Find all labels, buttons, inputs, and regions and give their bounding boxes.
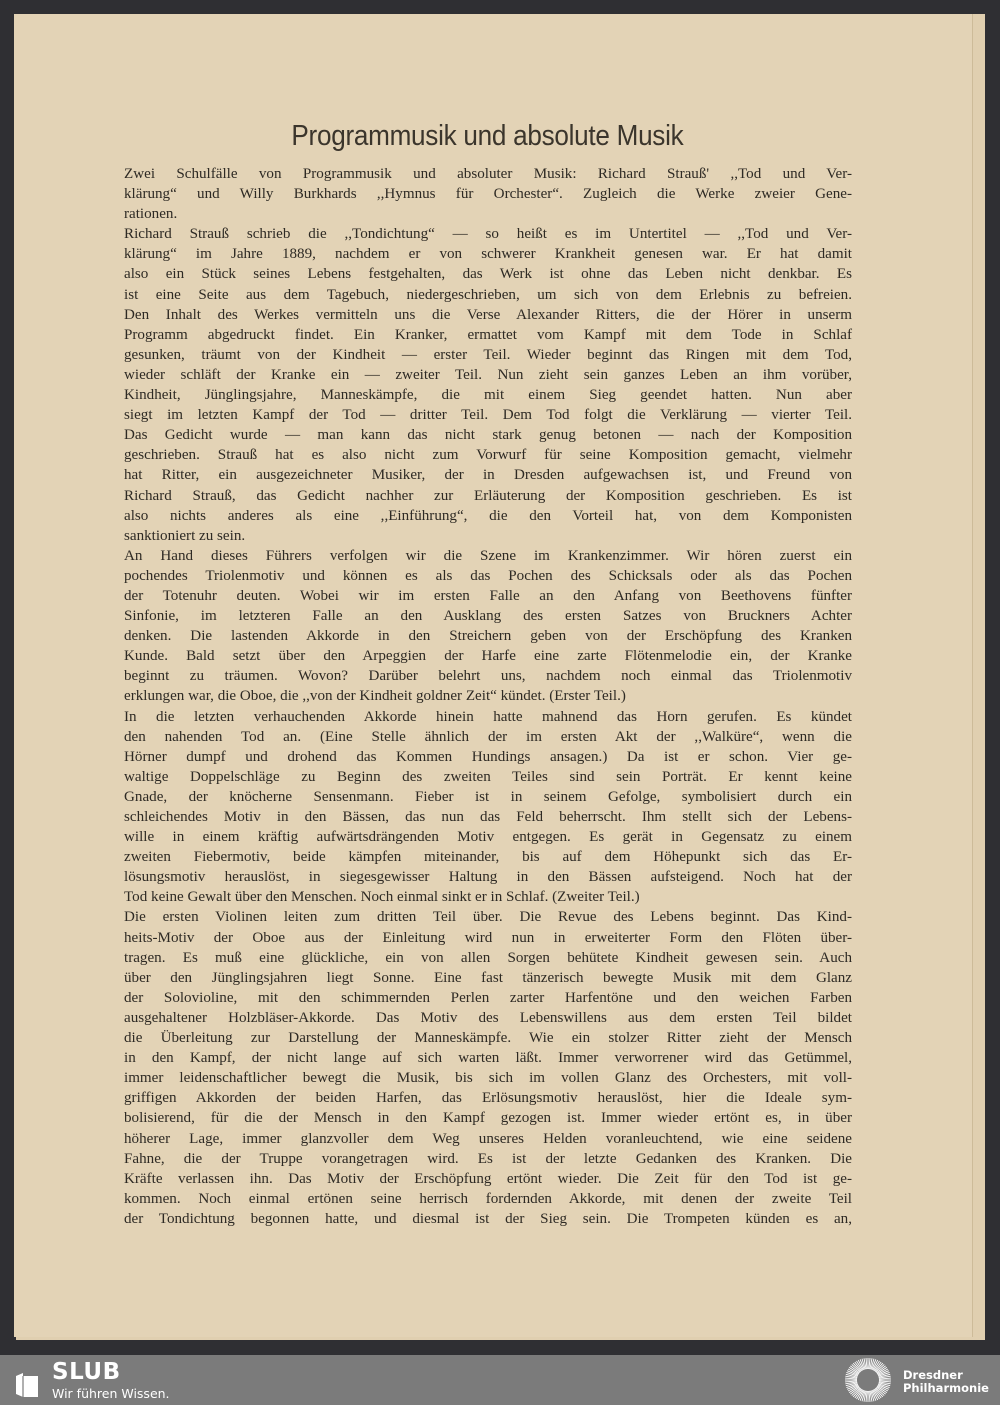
text-line: Tod keine Gewalt über den Menschen. Noch… xyxy=(124,887,852,907)
text-line: Gnade, der knöcherne Sensenmann. Fieber … xyxy=(124,787,852,807)
text-line: lösungsmotiv herauslöst, in siegesgewiss… xyxy=(124,867,852,887)
text-line: der Totenuhr deuten. Wobei wir im ersten… xyxy=(124,586,852,606)
text-line: Sinfonie, im letzteren Falle an den Ausk… xyxy=(124,606,852,626)
text-line: denken. Die lastenden Akkorde in den Str… xyxy=(124,626,852,646)
slub-tagline: Wir führen Wissen. xyxy=(52,1386,170,1401)
text-line: Das Gedicht wurde — man kann das nicht s… xyxy=(124,425,852,445)
text-line: Programm abgedruckt findet. Ein Kranker,… xyxy=(124,325,852,345)
text-line: schleichendes Motiv in den Bässen, das n… xyxy=(124,807,852,827)
text-line: Den Inhalt des Werkes vermitteln uns die… xyxy=(124,305,852,325)
page-title: Programmusik und absolute Musik xyxy=(63,120,913,153)
text-line: ist eine Seite aus dem Tagebuch, niederg… xyxy=(124,285,852,305)
text-line: Richard Strauß, das Gedicht nachher zur … xyxy=(124,486,852,506)
dp-name-line2: Philharmonie xyxy=(903,1381,989,1395)
text-line: Kräfte verlassen ihn. Das Motiv der Ersc… xyxy=(124,1169,852,1189)
text-line: Die ersten Violinen leiten zum dritten T… xyxy=(124,907,852,927)
text-line: griffigen Akkorden der beiden Harfen, da… xyxy=(124,1088,852,1108)
text-line: Fahne, die der Truppe vorangetragen wird… xyxy=(124,1149,852,1169)
text-line: erklungen war, die Oboe, die ,,von der K… xyxy=(124,686,852,706)
text-line: Kindheit, Jünglingsjahre, Manneskämpfe, … xyxy=(124,385,852,405)
text-line: den nahenden Tod an. (Eine Stelle ähnlic… xyxy=(124,727,852,747)
text-line: gesunken, träumt von der Kindheit — erst… xyxy=(124,345,852,365)
text-line: hat Ritter, ein ausgezeichneter Musiker,… xyxy=(124,465,852,485)
scanned-page: Programmusik und absolute Musik Zwei Sch… xyxy=(14,14,972,1337)
text-line: klärung“ und Willy Burkhards ,,Hymnus fü… xyxy=(124,184,852,204)
text-line: sanktioniert zu sein. xyxy=(124,526,852,546)
text-line: Hörner dumpf und drohend das Kommen Hund… xyxy=(124,747,852,767)
text-line: zweiten Fiebermotiv, beide kämpfen mitei… xyxy=(124,847,852,867)
text-line: also nichts anderes als eine ,,Einführun… xyxy=(124,506,852,526)
text-line: Zwei Schulfälle von Programmusik und abs… xyxy=(124,164,852,184)
text-line: klärung“ im Jahre 1889, nachdem er von s… xyxy=(124,244,852,264)
text-line: über den Jünglingsjahren liegt Sonne. Ei… xyxy=(124,968,852,988)
text-line: der Solovioline, mit den schimmernden Pe… xyxy=(124,988,852,1008)
text-line: tragen. Es muß eine glückliche, ein von … xyxy=(124,948,852,968)
slub-logo-icon xyxy=(14,1372,40,1398)
text-line: In die letzten verhauchenden Akkorde hin… xyxy=(124,707,852,727)
text-line: kommen. Noch einmal ertönen seine herris… xyxy=(124,1189,852,1209)
viewer-footer: SLUB Wir führen Wissen. Dresdner Philhar… xyxy=(0,1355,1000,1405)
text-line: bolisierend, für die der Mensch in den K… xyxy=(124,1108,852,1128)
text-line: in den Kampf, der nicht lange auf sich w… xyxy=(124,1048,852,1068)
text-line: rationen. xyxy=(124,204,852,224)
text-line: wille in einem kräftig aufwärtsdrängende… xyxy=(124,827,852,847)
dresdner-philharmonie-brand-link[interactable]: Dresdner Philharmonie xyxy=(903,1369,989,1395)
text-line: immer leidenschaftlicher bewegt die Musi… xyxy=(124,1068,852,1088)
text-line: ausgehaltener Holzbläser-Akkorde. Das Mo… xyxy=(124,1008,852,1028)
text-line: Kunde. Bald setzt über den Arpeggien der… xyxy=(124,646,852,666)
text-line: An Hand dieses Führers verfolgen wir die… xyxy=(124,546,852,566)
text-line: siegt im letzten Kampf der Tod — dritter… xyxy=(124,405,852,425)
text-line: wieder schläft der Kranke ein — zweiter … xyxy=(124,365,852,385)
text-line: pochendes Triolenmotiv und können es als… xyxy=(124,566,852,586)
text-line: der Tondichtung begonnen hatte, und dies… xyxy=(124,1209,852,1229)
slub-brand-link[interactable]: SLUB xyxy=(52,1359,121,1385)
text-line: Richard Strauß schrieb die ,,Tondichtung… xyxy=(124,224,852,244)
text-line: höherer Lage, immer glanzvoller dem Weg … xyxy=(124,1129,852,1149)
text-line: also ein Stück seines Lebens festgehalte… xyxy=(124,264,852,284)
dresdner-philharmonie-logo-icon xyxy=(842,1356,894,1404)
body-text: Zwei Schulfälle von Programmusik und abs… xyxy=(124,164,852,1229)
text-line: die Überleitung zur Darstellung der Mann… xyxy=(124,1028,852,1048)
text-line: heits-Motiv der Oboe aus der Einleitung … xyxy=(124,928,852,948)
text-line: waltige Doppelschläge zu Beginn des zwei… xyxy=(124,767,852,787)
dp-name-line1: Dresdner xyxy=(903,1368,963,1382)
text-line: beginnt zu träumen. Wovon? Darüber beleh… xyxy=(124,666,852,686)
text-line: geschrieben. Strauß hat es also nicht zu… xyxy=(124,445,852,465)
